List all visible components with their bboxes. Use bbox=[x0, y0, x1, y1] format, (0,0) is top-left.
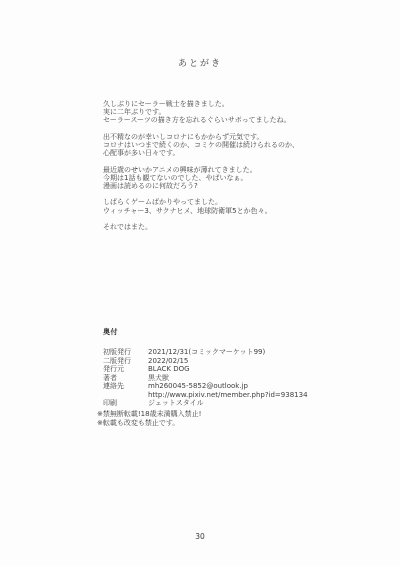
colophon-heading: 奥付 bbox=[103, 327, 118, 337]
colophon-value: BLACK DOG bbox=[148, 365, 190, 373]
colophon-table: 初版発行2021/12/31(コミックマーケット99) 二版発行2022/02/… bbox=[103, 348, 308, 408]
colophon-value: ジェットスタイル bbox=[148, 399, 204, 407]
afterword-line: セーラースーツの描き方を忘れるぐらいサボってましたね。 bbox=[103, 116, 299, 124]
colophon-label: 二版発行 bbox=[103, 357, 148, 366]
afterword-paragraph: 最近歳のせいかアニメの興味が薄れてきました。 今期は1話も観てないのでした、やば… bbox=[103, 166, 299, 191]
colophon-label: 発行元 bbox=[103, 365, 148, 374]
contact-email-text: mh260045-5852@outlook.jp bbox=[148, 382, 248, 390]
colophon-row-printer: 印刷ジェットスタイル bbox=[103, 399, 308, 408]
colophon-value: 黒犬獣 bbox=[148, 374, 169, 382]
afterword-line: しばらくゲームばかりやってました。 bbox=[103, 198, 299, 206]
page-number: 30 bbox=[0, 532, 400, 541]
afterword-line: 漫画は読めるのに何故だろう? bbox=[103, 182, 299, 190]
afterword-body: 久しぶりにセーラー戦士を描きました。 実に二年ぶりです。 セーラースーツの描き方… bbox=[103, 100, 299, 239]
colophon-label: 著者 bbox=[103, 374, 148, 383]
afterword-line: 最近歳のせいかアニメの興味が薄れてきました。 bbox=[103, 166, 299, 174]
afterword-paragraph: 久しぶりにセーラー戦士を描きました。 実に二年ぶりです。 セーラースーツの描き方… bbox=[103, 100, 299, 125]
afterword-closing-line: それではまた。 bbox=[103, 223, 299, 231]
colophon-row-author: 著者黒犬獣 bbox=[103, 374, 308, 383]
colophon-value: 2022/02/15 bbox=[148, 357, 188, 365]
colophon-notices: ※禁無断転載!18歳未満購入禁止! ※転載も改変も禁止です。 bbox=[97, 410, 201, 427]
afterword-line: 久しぶりにセーラー戦士を描きました。 bbox=[103, 100, 299, 108]
page-title: あとがき bbox=[0, 56, 400, 69]
afterword-line: 今期は1話も観てないのでした、やばいなぁ。 bbox=[103, 174, 299, 182]
colophon-label: 初版発行 bbox=[103, 348, 148, 357]
colophon-label: 連絡先 bbox=[103, 382, 148, 391]
afterword-line: 心配事が多い日々です。 bbox=[103, 149, 299, 157]
colophon-row-first-edition: 初版発行2021/12/31(コミックマーケット99) bbox=[103, 348, 308, 357]
afterword-paragraph: 出不精なのが幸いしコロナにもかからず元気です。 コロナはいつまで続くのか、コミケ… bbox=[103, 133, 299, 158]
colophon-row-contact-url: http://www.pixiv.net/member.php?id=93813… bbox=[103, 391, 308, 400]
notice-no-reprint: ※禁無断転載!18歳未満購入禁止! bbox=[97, 410, 201, 419]
colophon-label: 印刷 bbox=[103, 399, 148, 408]
colophon-row-publisher: 発行元BLACK DOG bbox=[103, 365, 308, 374]
notice-no-modification: ※転載も改変も禁止です。 bbox=[97, 419, 201, 428]
afterword-page: あとがき 久しぶりにセーラー戦士を描きました。 実に二年ぶりです。 セーラースー… bbox=[0, 0, 400, 566]
afterword-line: 出不精なのが幸いしコロナにもかからず元気です。 bbox=[103, 133, 299, 141]
afterword-paragraph: それではまた。 bbox=[103, 223, 299, 231]
colophon-value: 2021/12/31(コミックマーケット99) bbox=[148, 348, 265, 356]
afterword-line: コロナはいつまで続くのか、コミケの開催は続けられるのか、 bbox=[103, 141, 299, 149]
afterword-line: ウィッチャー3、サクナヒメ、地球防衛軍5とか色々。 bbox=[103, 207, 299, 215]
contact-url-text: http://www.pixiv.net/member.php?id=93813… bbox=[148, 391, 308, 399]
afterword-paragraph: しばらくゲームばかりやってました。 ウィッチャー3、サクナヒメ、地球防衛軍5とか… bbox=[103, 198, 299, 214]
colophon-row-second-edition: 二版発行2022/02/15 bbox=[103, 357, 308, 366]
colophon-row-contact-email: 連絡先mh260045-5852@outlook.jp bbox=[103, 382, 308, 391]
